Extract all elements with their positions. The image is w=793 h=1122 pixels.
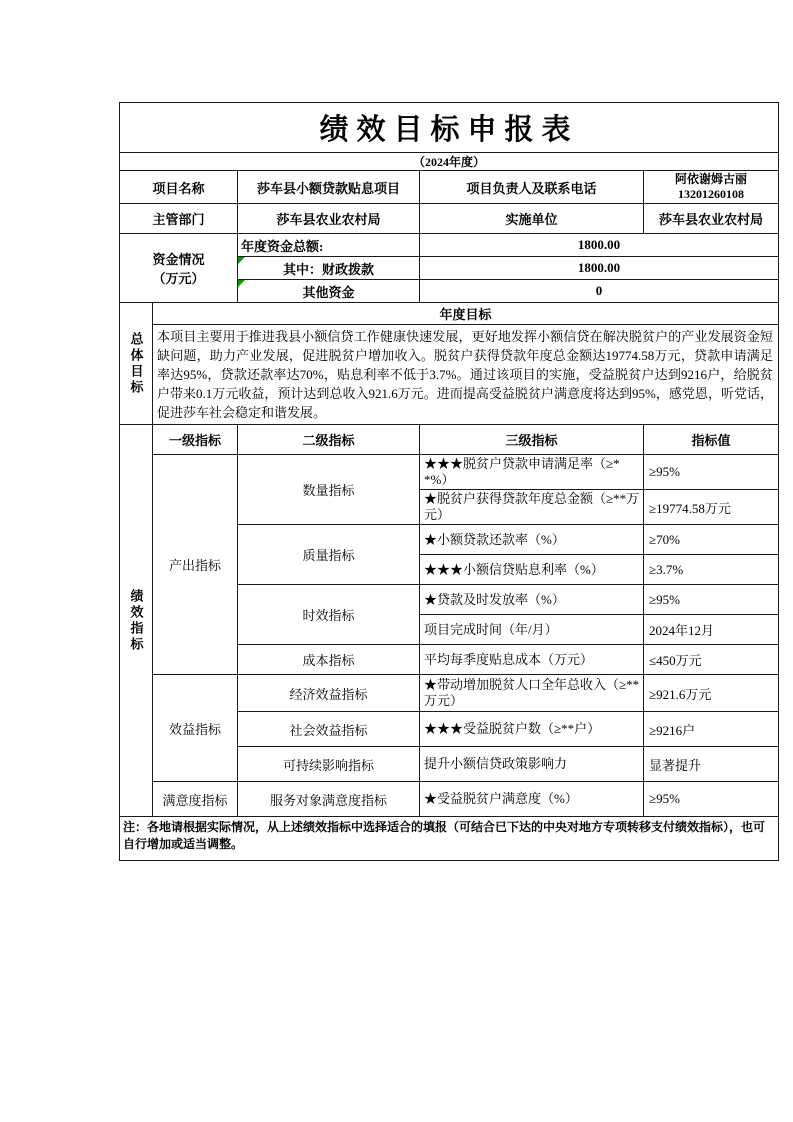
level3-indicator: ★小额贷款还款率（%） [420, 525, 644, 555]
level2-timeliness: 时效指标 [238, 585, 420, 645]
level2-cost: 成本指标 [238, 645, 420, 675]
indicator-value: ≥19774.58万元 [644, 490, 779, 525]
table-row: 满意度指标 服务对象满意度指标 ★受益脱贫户满意度（%） ≥95% [120, 782, 779, 817]
cell-flag-triangle [238, 257, 245, 264]
level3-indicator: ★贷款及时发放率（%） [420, 585, 644, 615]
indicator-value: ≥9216户 [644, 712, 779, 747]
project-name-value: 莎车县小额贷款贴息项目 [238, 171, 420, 204]
form-title: 绩效目标申报表 [120, 103, 779, 153]
manager-phone: 13201260108 [647, 187, 775, 202]
level1-satisfaction: 满意度指标 [153, 782, 238, 817]
overall-goal-side-label: 总体目标 [120, 303, 153, 425]
indicators-side-text: 绩效指标 [127, 587, 146, 655]
form-sheet: 绩效目标申报表 （2024年度） 项目名称 莎车县小额贷款贴息项目 项目负责人及… [119, 102, 778, 861]
funding-other-value: 0 [420, 280, 779, 303]
funding-other-label: 其他资金 [238, 280, 420, 303]
table-row: 效益指标 经济效益指标 ★带动增加脱贫人口全年总收入（≥**万元） ≥921.6… [120, 675, 779, 712]
project-name-label: 项目名称 [120, 171, 238, 204]
level3-indicator: ★★★小额信贷贴息利率（%） [420, 555, 644, 585]
funding-total-label: 年度资金总额: [238, 234, 420, 257]
funding-fiscal-label: 其中：财政拨款 [238, 257, 420, 280]
indicator-value: ≥921.6万元 [644, 675, 779, 712]
level2-quality: 质量指标 [238, 525, 420, 585]
header-level1: 一级指标 [153, 425, 238, 455]
funding-other-label-text: 其他资金 [302, 285, 354, 300]
level2-sustainability: 可持续影响指标 [238, 747, 420, 782]
manager-name: 阿依谢姆古丽 [647, 172, 775, 187]
impl-value: 莎车县农业农村局 [644, 204, 779, 234]
funding-label: 资金情况 （万元） [120, 234, 238, 303]
header-value: 指标值 [644, 425, 779, 455]
level3-indicator: 提升小额信贷政策影响力 [420, 747, 644, 782]
level3-indicator: ★★★受益脱贫户数（≥**户） [420, 712, 644, 747]
manager-label: 项目负责人及联系电话 [420, 171, 644, 204]
funding-fiscal-value: 1800.00 [420, 257, 779, 280]
form-subtitle: （2024年度） [120, 153, 779, 171]
level1-output: 产出指标 [153, 455, 238, 675]
level2-service-satisfaction: 服务对象满意度指标 [238, 782, 420, 817]
performance-form-table: 绩效目标申报表 （2024年度） 项目名称 莎车县小额贷款贴息项目 项目负责人及… [119, 102, 779, 861]
cell-flag-triangle [238, 280, 245, 287]
level3-indicator: 平均每季度贴息成本（万元） [420, 645, 644, 675]
indicator-value: ≥3.7% [644, 555, 779, 585]
overall-goal-side-text: 总体目标 [127, 330, 146, 398]
level3-indicator: 项目完成时间（年/月） [420, 615, 644, 645]
indicator-value: ≥95% [644, 782, 779, 817]
funding-label-line1: 资金情况 [123, 249, 234, 268]
indicator-value: 显著提升 [644, 747, 779, 782]
level2-economic: 经济效益指标 [238, 675, 420, 712]
indicators-side-label: 绩效指标 [120, 425, 153, 817]
annual-goal-header: 年度目标 [153, 303, 779, 325]
indicator-value: ≥70% [644, 525, 779, 555]
indicator-value: 2024年12月 [644, 615, 779, 645]
dept-value: 莎车县农业农村局 [238, 204, 420, 234]
dept-label: 主管部门 [120, 204, 238, 234]
funding-label-line2: （万元） [123, 268, 234, 287]
level1-benefit: 效益指标 [153, 675, 238, 782]
manager-value: 阿依谢姆古丽 13201260108 [644, 171, 779, 204]
level3-indicator: ★★★脱贫户贷款申请满足率（≥**%） [420, 455, 644, 490]
level3-indicator: ★受益脱贫户满意度（%） [420, 782, 644, 817]
annual-goal-text: 本项目主要用于推进我县小额信贷工作健康快速发展，更好地发挥小额信贷在解决脱贫户的… [153, 325, 779, 425]
footer-note: 注：各地请根据实际情况，从上述绩效指标中选择适合的填报（可结合已下达的中央对地方… [120, 817, 779, 861]
level2-social: 社会效益指标 [238, 712, 420, 747]
impl-label: 实施单位 [420, 204, 644, 234]
table-row: 产出指标 数量指标 ★★★脱贫户贷款申请满足率（≥**%） ≥95% [120, 455, 779, 490]
indicator-value: ≥95% [644, 455, 779, 490]
funding-fiscal-label-text: 其中：财政拨款 [283, 262, 374, 277]
level3-indicator: ★带动增加脱贫人口全年总收入（≥**万元） [420, 675, 644, 712]
level2-quantity: 数量指标 [238, 455, 420, 525]
header-level3: 三级指标 [420, 425, 644, 455]
level3-indicator: ★脱贫户获得贷款年度总金额（≥**万元） [420, 490, 644, 525]
indicator-value: ≥95% [644, 585, 779, 615]
indicator-value: ≤450万元 [644, 645, 779, 675]
header-level2: 二级指标 [238, 425, 420, 455]
funding-total-value: 1800.00 [420, 234, 779, 257]
